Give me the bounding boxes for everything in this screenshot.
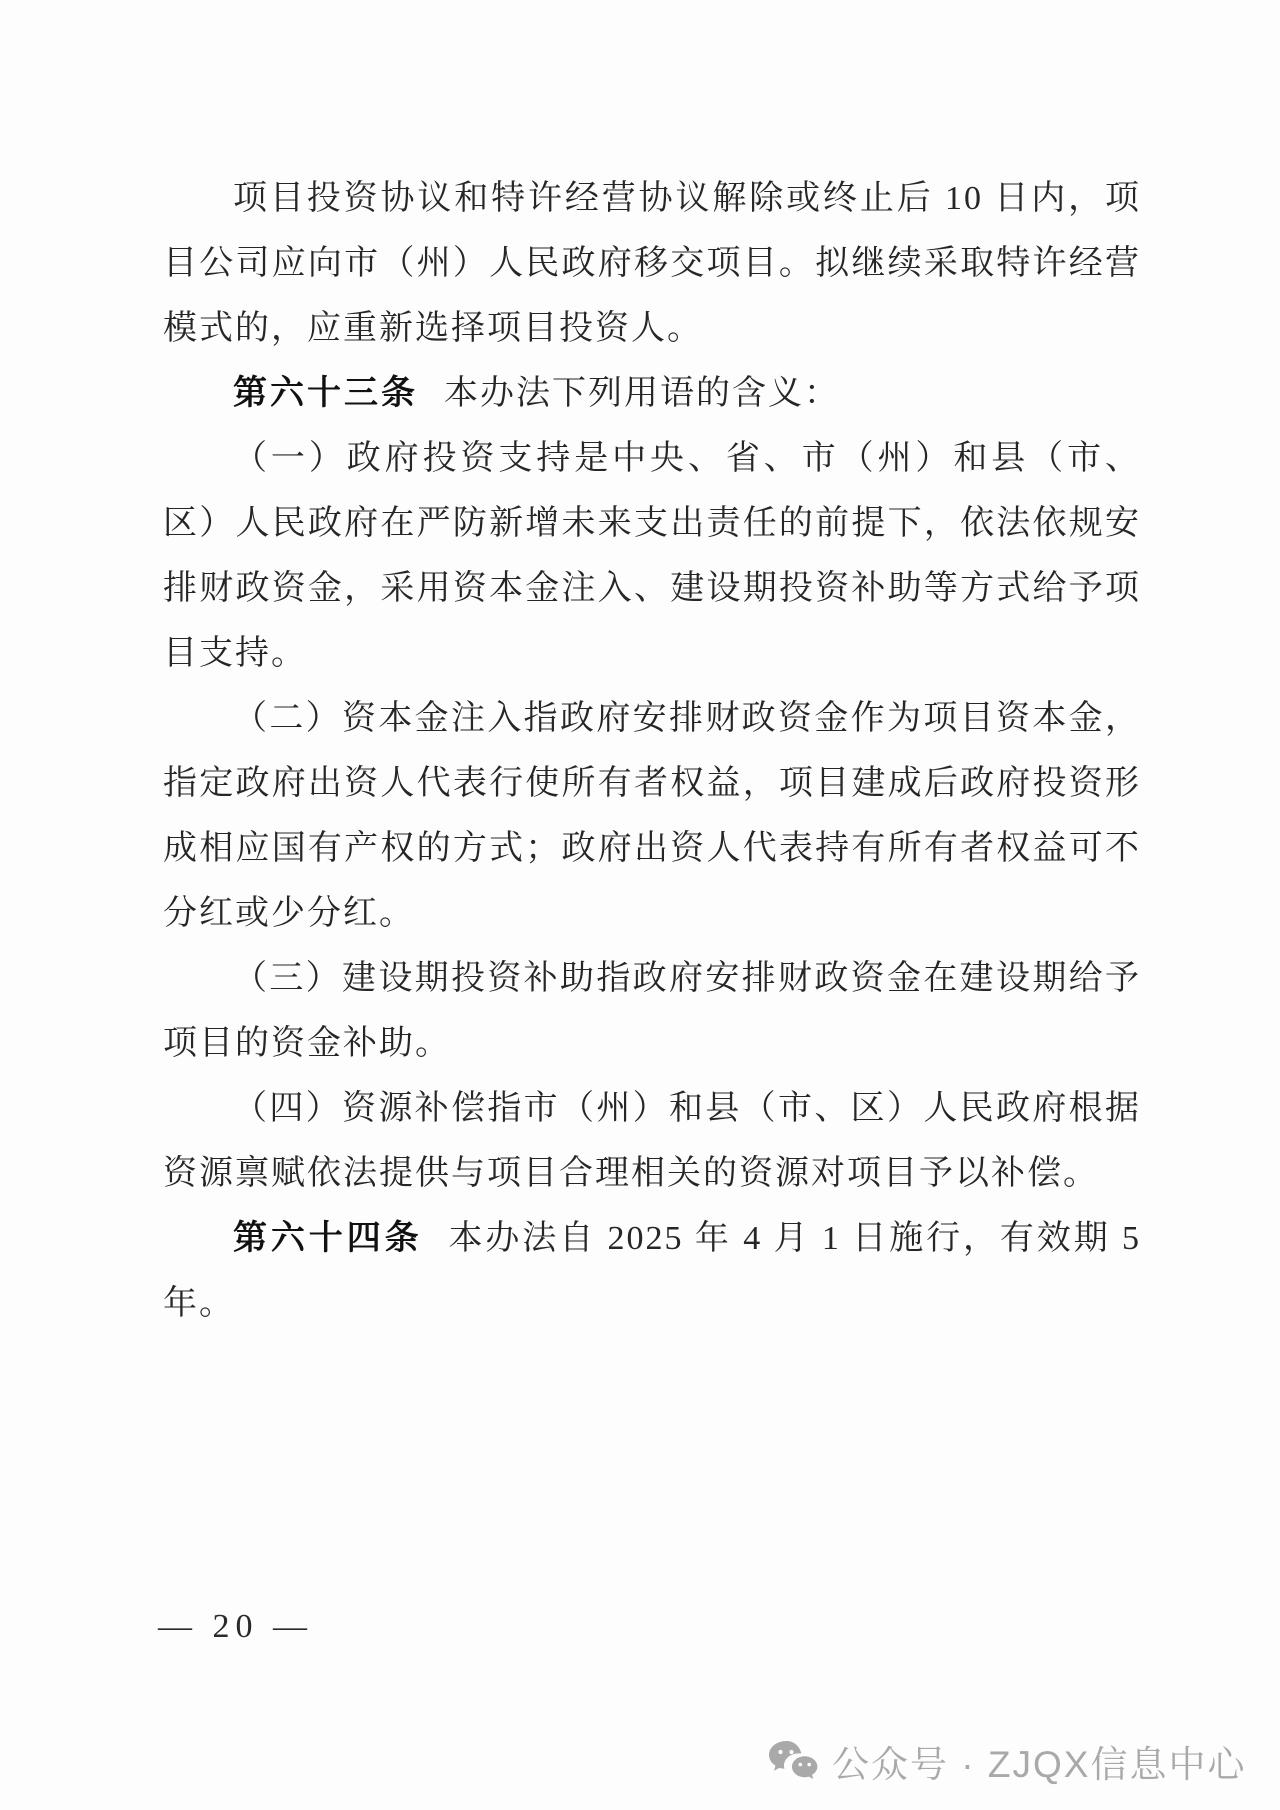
paragraph-text: （四）资源补偿指市（州）和县（市、区）人民政府根据资源禀赋依法提供与项目合理相关…	[163, 1090, 1141, 1192]
article-64-number: 第六十四条	[233, 1219, 423, 1257]
watermark-footer: 公众号 · ZJQX信息中心	[768, 1734, 1246, 1788]
document-body: 项目投资协议和特许经营协议解除或终止后 10 日内，项目公司应向市（州）人民政府…	[163, 166, 1141, 1336]
paragraph-definition-2: （二）资本金注入指政府安排财政资金作为项目资本金，指定政府出资人代表行使所有者权…	[163, 686, 1141, 946]
paragraph-definition-4: （四）资源补偿指市（州）和县（市、区）人民政府根据资源禀赋依法提供与项目合理相关…	[163, 1076, 1141, 1206]
watermark-text: 公众号 · ZJQX信息中心	[832, 1734, 1246, 1788]
article-63-number: 第六十三条	[233, 374, 418, 412]
document-page: 项目投资协议和特许经营协议解除或终止后 10 日内，项目公司应向市（州）人民政府…	[0, 0, 1280, 1810]
paragraph-definition-1: （一）政府投资支持是中央、省、市（州）和县（市、区）人民政府在严防新增未来支出责…	[163, 426, 1141, 686]
paragraph-text: 本办法下列用语的含义：	[444, 375, 840, 412]
paragraph-text: （二）资本金注入指政府安排财政资金作为项目资本金，指定政府出资人代表行使所有者权…	[163, 700, 1141, 932]
paragraph-article-63: 第六十三条本办法下列用语的含义：	[163, 361, 1141, 426]
wechat-icon	[768, 1740, 818, 1782]
paragraph-definition-3: （三）建设期投资补助指政府安排财政资金在建设期给予项目的资金补助。	[163, 946, 1141, 1076]
paragraph-text: 项目投资协议和特许经营协议解除或终止后 10 日内，项目公司应向市（州）人民政府…	[163, 180, 1141, 347]
paragraph-text: （三）建设期投资补助指政府安排财政资金在建设期给予项目的资金补助。	[163, 960, 1141, 1062]
paragraph-article-64: 第六十四条本办法自 2025 年 4 月 1 日施行，有效期 5 年。	[163, 1206, 1141, 1336]
paragraph-text: （一）政府投资支持是中央、省、市（州）和县（市、区）人民政府在严防新增未来支出责…	[163, 440, 1141, 672]
page-number: — 20 —	[158, 1608, 313, 1646]
paragraph-project-transfer: 项目投资协议和特许经营协议解除或终止后 10 日内，项目公司应向市（州）人民政府…	[163, 166, 1141, 361]
